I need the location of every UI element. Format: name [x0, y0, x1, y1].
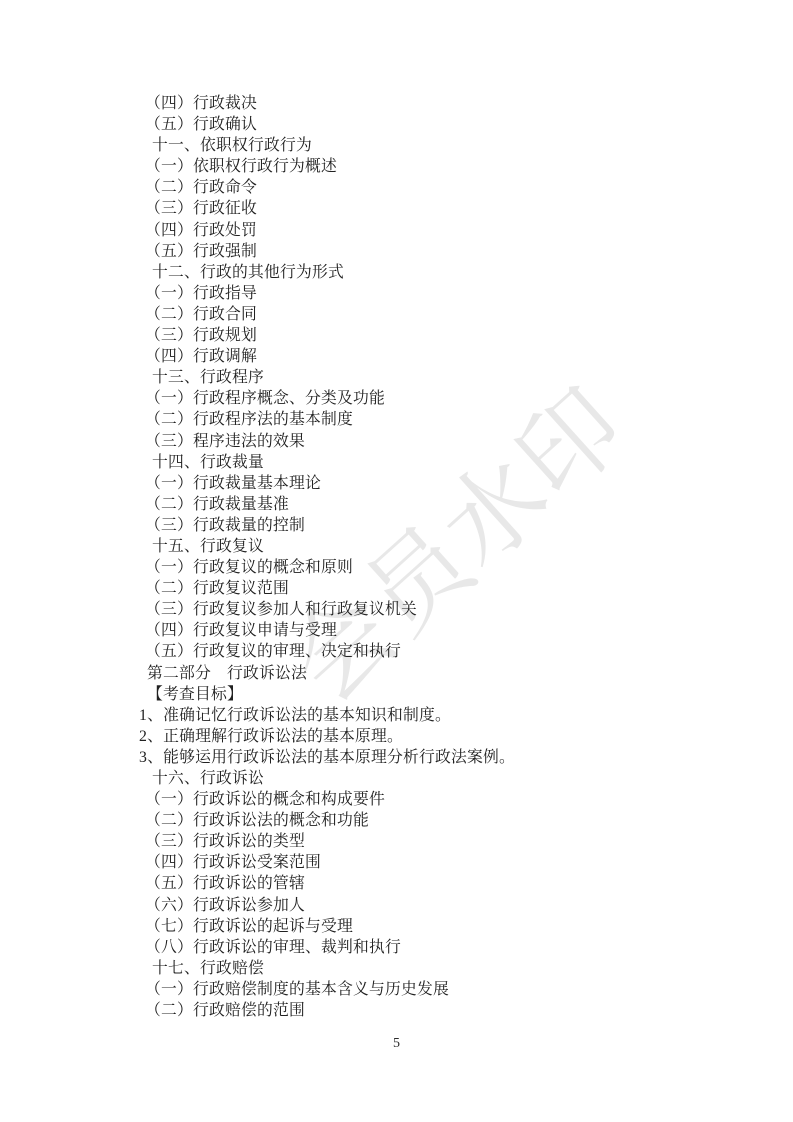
outline-line: （四）行政调解 [0, 346, 793, 367]
page-number: 5 [0, 1034, 793, 1054]
outline-line: 十一、依职权行政行为 [0, 135, 793, 156]
outline-line: （二）行政合同 [0, 304, 793, 325]
outline-line: 十三、行政程序 [0, 367, 793, 388]
outline-line: （三）行政诉讼的类型 [0, 831, 793, 852]
outline-line: 第二部分 行政诉讼法 [0, 663, 793, 684]
outline-line: 十四、行政裁量 [0, 452, 793, 473]
outline-line: （五）行政诉讼的管辖 [0, 873, 793, 894]
outline-line: 十七、行政赔偿 [0, 958, 793, 979]
outline-line: 十五、行政复议 [0, 536, 793, 557]
outline-line: （四）行政裁决 [0, 93, 793, 114]
outline-line: （二）行政赔偿的范围 [0, 1000, 793, 1021]
outline-line: （三）行政裁量的控制 [0, 515, 793, 536]
outline-line: （七）行政诉讼的起诉与受理 [0, 916, 793, 937]
outline-line: 1、准确记忆行政诉讼法的基本知识和制度。 [0, 705, 793, 726]
document-page: 会员水印 （四）行政裁决（五）行政确认十一、依职权行政行为（一）依职权行政行为概… [0, 0, 793, 1122]
outline-line: （六）行政诉讼参加人 [0, 895, 793, 916]
outline-line: （五）行政强制 [0, 241, 793, 262]
outline-line: （三）行政复议参加人和行政复议机关 [0, 599, 793, 620]
outline-line: （四）行政复议申请与受理 [0, 620, 793, 641]
outline-line: （二）行政诉讼法的概念和功能 [0, 810, 793, 831]
outline-line: （一）行政程序概念、分类及功能 [0, 388, 793, 409]
outline-line: 2、正确理解行政诉讼法的基本原理。 [0, 726, 793, 747]
outline-line: （五）行政复议的审理、决定和执行 [0, 641, 793, 662]
outline-line: 3、能够运用行政诉讼法的基本原理分析行政法案例。 [0, 747, 793, 768]
outline-line: （一）行政赔偿制度的基本含义与历史发展 [0, 979, 793, 1000]
outline-line: （二）行政复议范围 [0, 578, 793, 599]
outline-line: 十二、行政的其他行为形式 [0, 262, 793, 283]
outline-line: （三）行政规划 [0, 325, 793, 346]
outline-line: （二）行政程序法的基本制度 [0, 409, 793, 430]
outline-line: （二）行政命令 [0, 177, 793, 198]
outline-line: （八）行政诉讼的审理、裁判和执行 [0, 937, 793, 958]
outline-line: （四）行政诉讼受案范围 [0, 852, 793, 873]
outline-line: （五）行政确认 [0, 114, 793, 135]
outline-line: （二）行政裁量基准 [0, 494, 793, 515]
outline-list: （四）行政裁决（五）行政确认十一、依职权行政行为（一）依职权行政行为概述（二）行… [0, 93, 793, 1021]
outline-line: （四）行政处罚 [0, 220, 793, 241]
outline-line: （一）行政复议的概念和原则 [0, 557, 793, 578]
outline-line: 十六、行政诉讼 [0, 768, 793, 789]
outline-line: （一）依职权行政行为概述 [0, 156, 793, 177]
outline-line: （一）行政诉讼的概念和构成要件 [0, 789, 793, 810]
outline-line: 【考查目标】 [0, 684, 793, 705]
outline-line: （一）行政裁量基本理论 [0, 473, 793, 494]
outline-line: （三）程序违法的效果 [0, 431, 793, 452]
outline-line: （三）行政征收 [0, 198, 793, 219]
outline-line: （一）行政指导 [0, 283, 793, 304]
